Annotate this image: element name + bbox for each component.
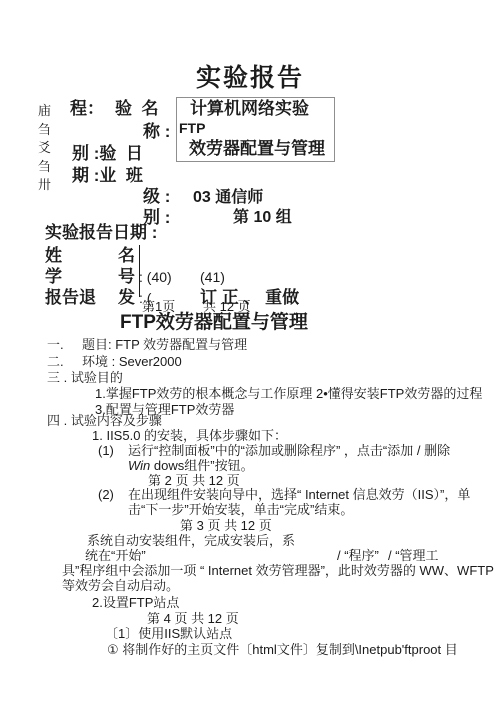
form-fragment: 称 :: [143, 123, 170, 142]
body-line: (2)在出现组件安装向导中，选择“ Internet 信息效劳（IIS）”，单: [98, 488, 470, 503]
side-glyph: 刍: [38, 123, 51, 136]
body-line: 四 . 试验内容及步骤: [47, 414, 162, 429]
body-line: Win dows组件”按钮。: [128, 459, 254, 474]
body-line: ① 将制作好的主页文件〔html文件〕复制到\Inetpub'ftproot 目: [107, 643, 458, 658]
body-segment: 第 4 页 共 12 页: [147, 611, 239, 626]
body-segment: 系统自动安装组件，完成安装后，系: [87, 533, 295, 548]
body-line: 系统自动安装组件，完成安装后，系: [87, 534, 295, 549]
body-line: (1)运行“控制面板”中的“添加或删除程序” ，点击“添加 / 删除: [98, 444, 450, 459]
report-title: 实验报告: [0, 58, 500, 94]
body-segment: / “管理工: [388, 548, 439, 563]
body-line: 1. IIS5.0 的安装，具体步骤如下：: [92, 429, 287, 444]
body-segment: 〔1〕使用IIS默认站点: [105, 626, 232, 641]
form-fragment: 号: [118, 268, 135, 287]
body-line: 第 3 页 共 12 页: [180, 519, 272, 534]
body-segment: 1.掌握FTP效劳的根本概念与工作原理 2•懂得安装FTP效劳器的过程: [95, 386, 482, 401]
body-segment: (2): [98, 488, 128, 503]
scanned-report-page: 实验报告 庙刍爻刍卅 程：验 名称 :别 :验 日期 :业 班级 :03 通信师…: [0, 0, 500, 708]
body-segment: 统在“开始”: [85, 549, 337, 564]
body-segment: 一.: [47, 338, 82, 353]
form-fragment: (41): [200, 270, 225, 285]
body-line: 第 4 页 共 12 页: [147, 612, 239, 627]
body-segment: Win: [128, 458, 154, 473]
body-segment: ① 将制作好的主页文件〔html文件〕复制到\Inetpub'ftproot 目: [107, 642, 458, 657]
name-box-line: FTP: [177, 119, 334, 138]
form-fragment: 实验报告日期 :: [45, 224, 157, 243]
body-segment: 三 . 试验目的: [47, 370, 123, 385]
form-fragment: 验 名: [115, 100, 158, 119]
body-segment: 第 2 页 共 12 页: [148, 473, 240, 488]
body-line: 〔1〕使用IIS默认站点: [105, 627, 232, 642]
body-line: 等效劳会自动启动。: [62, 579, 179, 594]
body-line: 统在“开始”/ “程序”/ “管理工: [85, 549, 439, 564]
form-fragment: 期 :业 班: [72, 167, 143, 186]
body-segment: / “程序”: [337, 549, 388, 564]
body-line: 一.题目: FTP 效劳器配置与管理: [47, 338, 247, 353]
body-line: FTP效劳器配置与管理: [120, 312, 308, 334]
side-glyph: 卅: [38, 178, 51, 191]
body-segment: 在出现组件安装向导中，选择“ Internet 信息效劳（IIS）”，单: [128, 487, 470, 502]
body-segment: (1): [98, 444, 128, 459]
experiment-name-box: 计算机网络实验FTP效劳器配置与管理: [176, 97, 335, 162]
body-segment: 1. IIS5.0 的安装，具体步骤如下：: [92, 428, 287, 443]
body-line: 三 . 试验目的: [47, 371, 123, 386]
body-segment: 击“下一步”开始安装，单击“完成”结束。: [128, 502, 353, 517]
body-segment: 四 . 试验内容及步骤: [47, 413, 162, 428]
body-segment: 题目: FTP 效劳器配置与管理: [82, 337, 247, 352]
form-fragment: 级 :: [143, 188, 170, 207]
side-glyph: 刍: [38, 160, 51, 173]
side-glyph: 庙: [38, 104, 51, 117]
name-box-line: 计算机网络实验: [177, 98, 334, 119]
body-line: 具”程序组中会添加一项 “ Internet 效劳管理器”，此时效劳器的 WW、…: [62, 564, 494, 579]
form-fragment: 名: [118, 247, 135, 266]
body-segment: 等效劳会自动启动。: [62, 578, 179, 593]
body-line: 2.设置FTP站点: [92, 596, 179, 611]
side-glyph: 爻: [38, 141, 51, 154]
body-line: 击“下一步”开始安装，单击“完成”结束。: [128, 503, 353, 518]
body-segment: 具”程序组中会添加一项 “ Internet 效劳管理器”，此时效劳器的 WW、…: [62, 563, 494, 578]
form-fragment: 发: [118, 289, 135, 308]
form-fragment: : (40): [139, 270, 172, 285]
form-fragment: 报告退: [45, 289, 96, 308]
form-fragment: 姓: [45, 247, 62, 266]
body-line: 二.环境 : Sever2000: [47, 355, 182, 370]
body-segment: 运行“控制面板”中的“添加或删除程序” ，点击“添加 / 删除: [128, 443, 450, 458]
form-fragment: 第 10 组: [233, 209, 292, 227]
body-segment: dows组件”按钮。: [154, 458, 254, 473]
form-fragment: 程：: [70, 100, 104, 119]
form-fragment: 学: [45, 268, 62, 287]
body-line: 1.掌握FTP效劳的根本概念与工作原理 2•懂得安装FTP效劳器的过程: [95, 387, 482, 402]
body-segment: 二.: [47, 355, 82, 370]
body-segment: 第 3 页 共 12 页: [180, 518, 272, 533]
body-segment: 2.设置FTP站点: [92, 595, 179, 610]
name-box-line: 效劳器配置与管理: [177, 138, 334, 159]
form-divider-line: [139, 245, 140, 297]
body-segment: FTP效劳器配置与管理: [120, 312, 308, 333]
form-fragment: 03 通信师: [193, 189, 263, 207]
form-fragment: 别 :验 日: [72, 145, 143, 164]
body-segment: 环境 : Sever2000: [82, 354, 182, 369]
